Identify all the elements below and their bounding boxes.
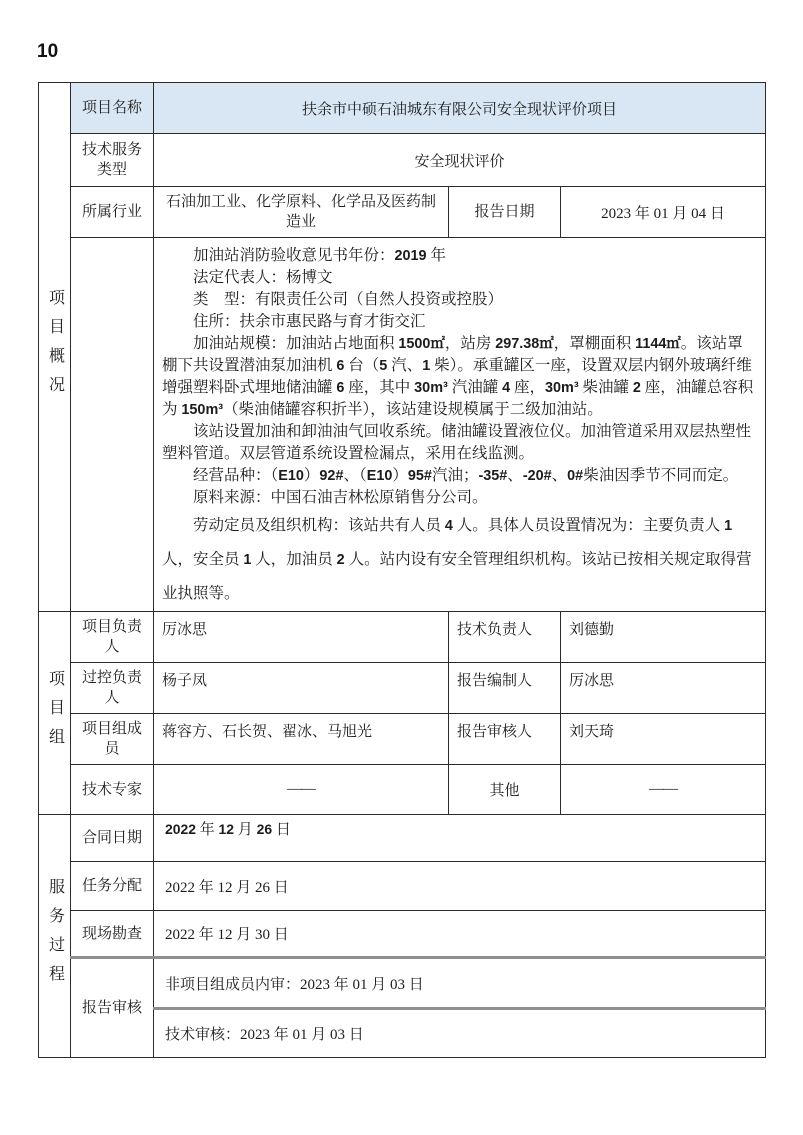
overview-paragraph-address: 住所：扶余市惠民路与育才街交汇 (162, 311, 757, 333)
section-label-service-process: 服务过程 (40, 878, 70, 994)
overview-paragraph-fire-acceptance: 加油站消防验收意见书年份：2019 年 (162, 245, 757, 267)
overview-label-spacer (71, 238, 154, 612)
document-page: 10 项目概况 项目名称 扶余市中硕石油城东有限公司安全现状评价项目 技术服务类… (0, 0, 803, 1135)
tech-expert-label: 技术专家 (71, 765, 154, 815)
overview-paragraph-vapor-recovery: 该站设置加油和卸油油气回收系统。储油罐设置液位仪。加油管道采用双层热塑性塑料管道… (162, 421, 757, 465)
task-assignment-label: 任务分配 (71, 862, 154, 911)
report-auditor-label: 报告审核人 (449, 714, 561, 765)
report-writer-label: 报告编制人 (449, 663, 561, 714)
task-assignment-value: 2022 年 12 月 26 日 (154, 862, 766, 911)
contract-date-label: 合同日期 (71, 815, 154, 862)
section-cell-project-overview: 项目概况 (39, 83, 71, 612)
overview-paragraph-legal-rep: 法定代表人：杨博文 (162, 267, 757, 289)
team-members-label: 项目组成员 (71, 714, 154, 765)
other-label: 其他 (449, 765, 561, 815)
project-leader-label: 项目负责人 (71, 612, 154, 663)
project-overview-text: 加油站消防验收意见书年份：2019 年 法定代表人：杨博文 类 型：有限责任公司… (154, 238, 766, 612)
process-control-leader-value: 杨子凤 (154, 663, 449, 714)
overview-paragraph-supplier: 原料来源：中国石油吉林松原销售分公司。 (162, 487, 757, 509)
report-review-technical-value: 技术审核：2023 年 01 月 03 日 (154, 1009, 766, 1058)
site-survey-value: 2022 年 12 月 30 日 (154, 911, 766, 958)
section-label-project-overview: 项目概况 (40, 289, 70, 405)
site-survey-label: 现场勘查 (71, 911, 154, 958)
overview-paragraph-company-type: 类 型：有限责任公司（自然人投资或控股） (162, 289, 757, 311)
tech-expert-value: —— (154, 765, 449, 815)
report-auditor-value: 刘天琦 (561, 714, 766, 765)
overview-paragraph-scale: 加油站规模：加油站占地面积 1500㎡，站房 297.38㎡，罩棚面积 1144… (162, 333, 757, 421)
page-number: 10 (37, 41, 58, 63)
report-writer-value: 厉冰思 (561, 663, 766, 714)
section-label-project-team: 项目组 (40, 670, 70, 757)
report-date-label: 报告日期 (449, 187, 561, 238)
process-control-leader-label: 过控负责人 (71, 663, 154, 714)
section-cell-service-process: 服务过程 (39, 815, 71, 1058)
overview-paragraph-staffing: 劳动定员及组织机构：该站共有人员 4 人。具体人员设置情况为：主要负责人 1 人… (162, 509, 757, 611)
section-cell-project-team: 项目组 (39, 612, 71, 815)
industry-label: 所属行业 (71, 187, 154, 238)
tech-leader-label: 技术负责人 (449, 612, 561, 663)
project-name-value: 扶余市中硕石油城东有限公司安全现状评价项目 (154, 83, 766, 134)
report-review-internal-value: 非项目组成员内审：2023 年 01 月 03 日 (154, 958, 766, 1009)
service-type-value: 安全现状评价 (154, 134, 766, 187)
report-date-value: 2023 年 01 月 04 日 (561, 187, 766, 238)
project-leader-value: 厉冰思 (154, 612, 449, 663)
service-type-label: 技术服务类型 (71, 134, 154, 187)
tech-leader-value: 刘德勤 (561, 612, 766, 663)
project-info-table: 项目概况 项目名称 扶余市中硕石油城东有限公司安全现状评价项目 技术服务类型 安… (38, 82, 766, 1058)
overview-paragraph-products: 经营品种：（E10）92#、（E10）95#汽油；-35#、-20#、0#柴油因… (162, 465, 757, 487)
team-members-value: 蒋容方、石长贺、翟冰、马旭光 (154, 714, 449, 765)
contract-date-value: 2022 年 12 月 26 日 (154, 815, 766, 862)
project-name-label: 项目名称 (71, 83, 154, 134)
industry-value: 石油加工业、化学原料、化学品及医药制造业 (154, 187, 449, 238)
report-review-label: 报告审核 (71, 958, 154, 1058)
other-value: —— (561, 765, 766, 815)
